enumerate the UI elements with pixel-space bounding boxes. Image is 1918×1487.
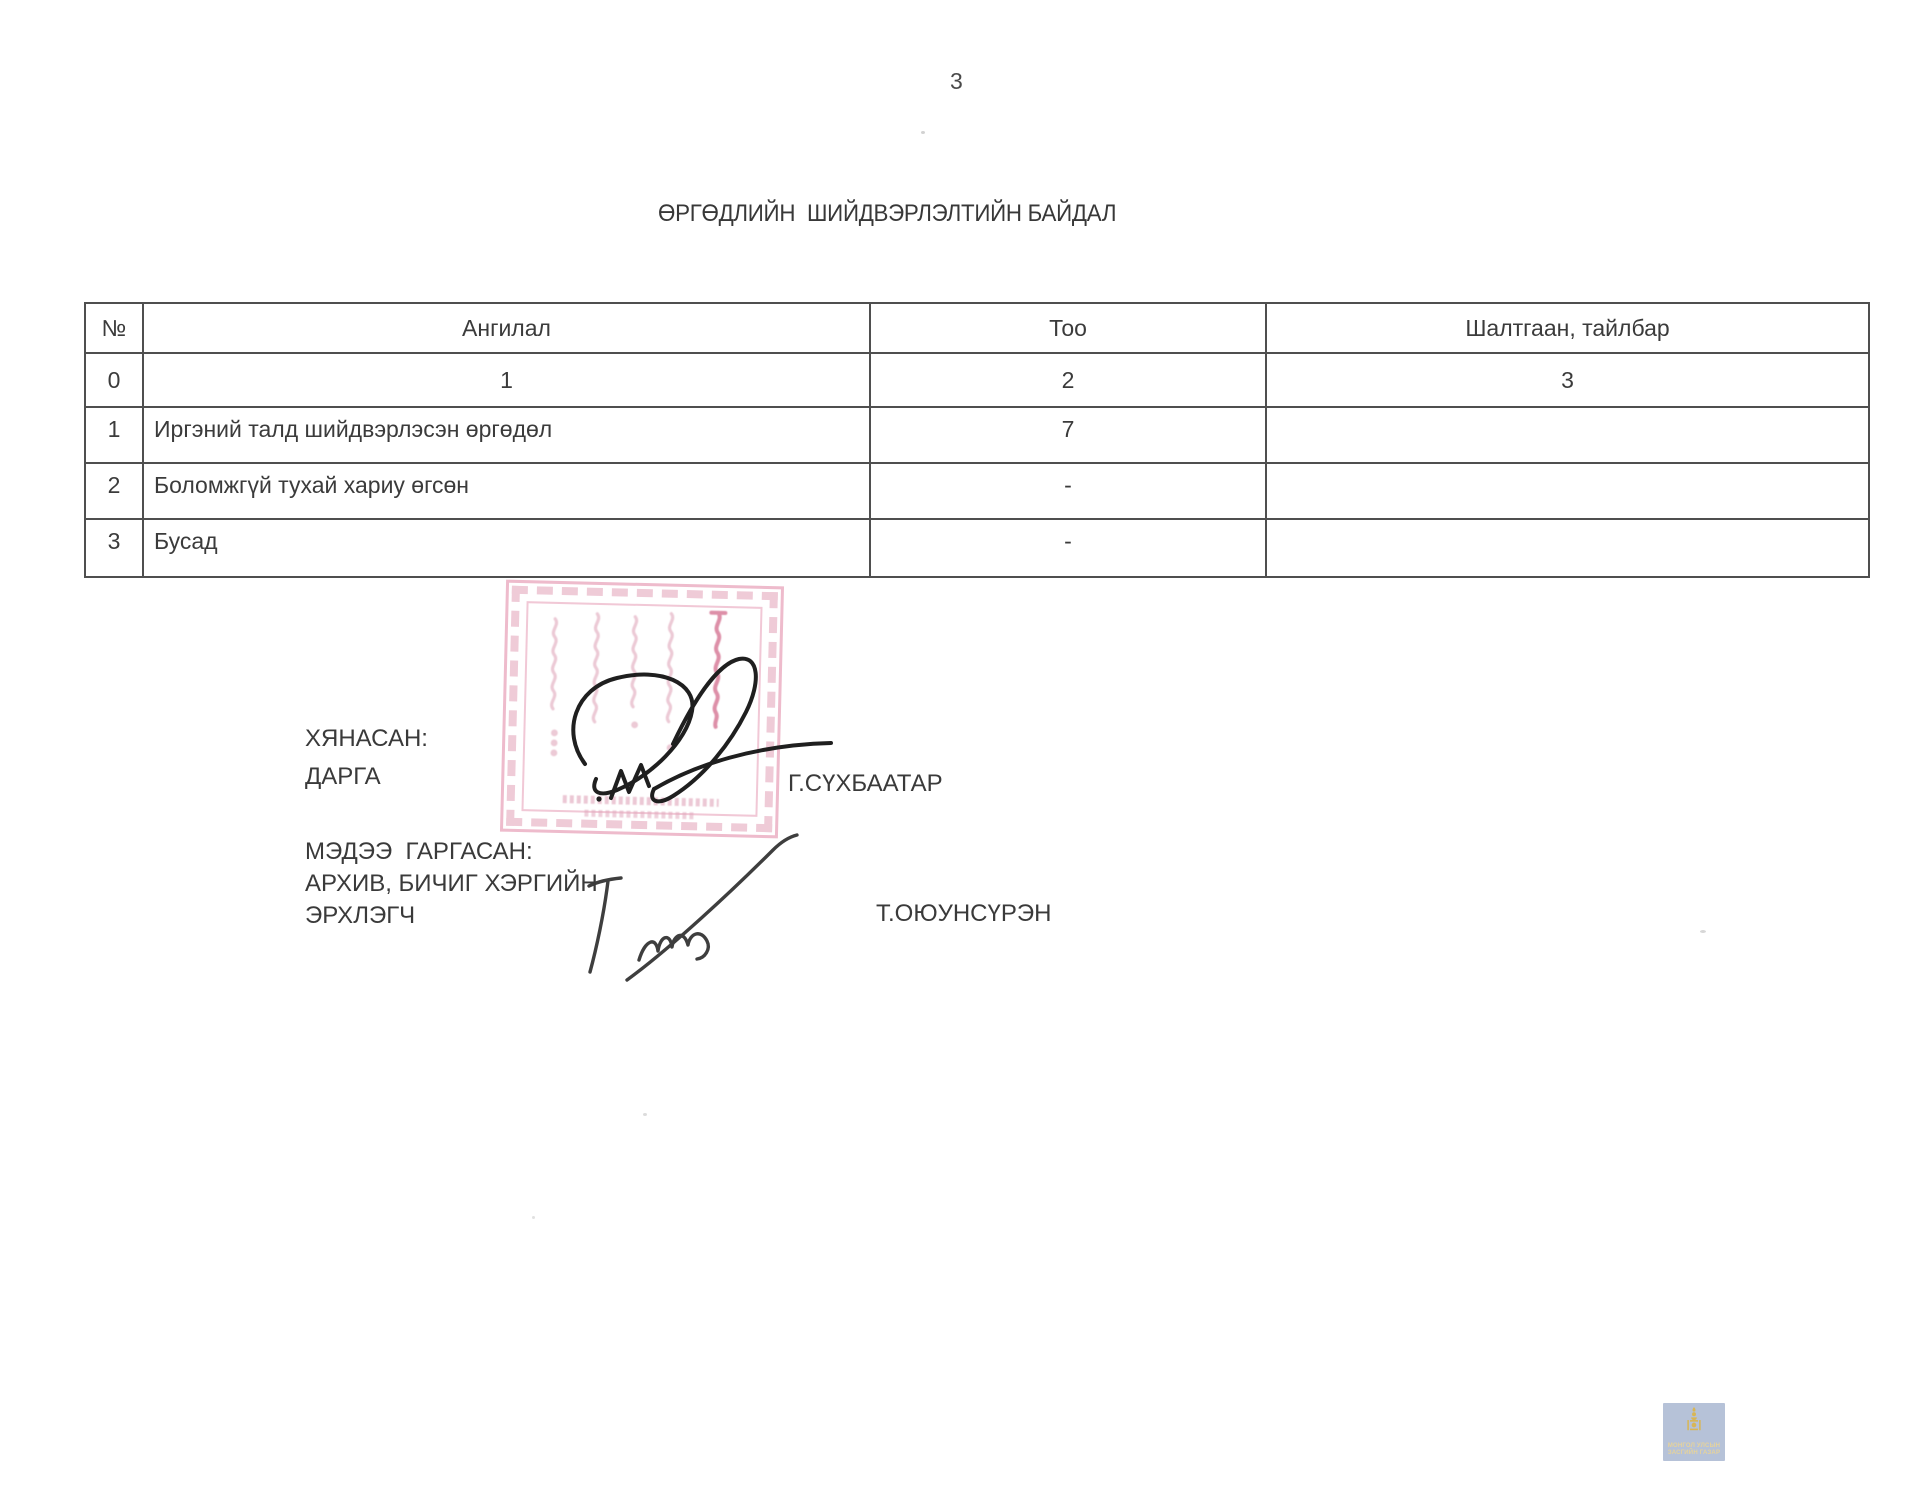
row-reason-cell: [1266, 463, 1869, 519]
signature-clerk: [575, 828, 815, 988]
col-header-reason: Шалтгаан, тайлбар: [1266, 303, 1869, 353]
page-number: 3: [950, 68, 963, 95]
table-header-row: № Ангилал Тоо Шалтгаан, тайлбар: [85, 303, 1869, 353]
col-header-no: №: [85, 303, 143, 353]
reviewed-position: ДАРГА: [305, 763, 381, 791]
index-cell: 3: [1266, 353, 1869, 407]
results-table: № Ангилал Тоо Шалтгаан, тайлбар 0 1 2 3 …: [84, 302, 1870, 578]
soyombo-icon: [1685, 1407, 1703, 1434]
table-row: 2 Боломжгүй тухай хариу өгсөн -: [85, 463, 1869, 519]
table-row: 1 Иргэний талд шийдвэрлэсэн өргөдөл 7: [85, 407, 1869, 463]
col-header-category: Ангилал: [143, 303, 870, 353]
reviewed-label: ХЯНАСАН:: [305, 725, 428, 753]
scan-artifact: [921, 131, 925, 134]
reviewed-name: Г.СҮХБААТАР: [788, 770, 943, 798]
index-cell: 0: [85, 353, 143, 407]
row-number-cell: 3: [85, 519, 143, 577]
logo-caption: МОНГОЛ УЛСЫН ЗАСГИЙН ГАЗАР: [1663, 1443, 1725, 1457]
document-page: 3 ӨРГӨДЛИЙН ШИЙДВЭРЛЭЛТИЙН БАЙДАЛ № Анги…: [0, 0, 1918, 1487]
row-count-cell: 7: [870, 407, 1266, 463]
row-category-cell: Боломжгүй тухай хариу өгсөн: [143, 463, 870, 519]
scan-artifact: [643, 1113, 647, 1116]
row-number-cell: 2: [85, 463, 143, 519]
table-row: 3 Бусад -: [85, 519, 1869, 577]
index-cell: 2: [870, 353, 1266, 407]
prepared-label: МЭДЭЭ ГАРГАСАН:: [305, 838, 533, 866]
prepared-position-line2: ЭРХЛЭГЧ: [305, 902, 415, 930]
logo-caption-line1: МОНГОЛ УЛСЫН: [1663, 1443, 1725, 1450]
index-cell: 1: [143, 353, 870, 407]
row-count-cell: -: [870, 463, 1266, 519]
row-count-cell: -: [870, 519, 1266, 577]
scan-artifact: [1700, 930, 1706, 933]
row-category-cell: Бусад: [143, 519, 870, 577]
row-number-cell: 1: [85, 407, 143, 463]
document-title: ӨРГӨДЛИЙН ШИЙДВЭРЛЭЛТИЙН БАЙДАЛ: [658, 200, 1116, 228]
government-logo: МОНГОЛ УЛСЫН ЗАСГИЙН ГАЗАР: [1663, 1403, 1725, 1461]
col-header-count: Тоо: [870, 303, 1266, 353]
row-reason-cell: [1266, 519, 1869, 577]
scan-artifact: [532, 1216, 535, 1219]
logo-caption-line2: ЗАСГИЙН ГАЗАР: [1663, 1450, 1725, 1457]
table-index-row: 0 1 2 3: [85, 353, 1869, 407]
row-category-cell: Иргэний талд шийдвэрлэсэн өргөдөл: [143, 407, 870, 463]
row-reason-cell: [1266, 407, 1869, 463]
prepared-name: Т.ОЮУНСҮРЭН: [876, 900, 1051, 928]
prepared-position-line1: АРХИВ, БИЧИГ ХЭРГИЙН: [305, 870, 598, 898]
